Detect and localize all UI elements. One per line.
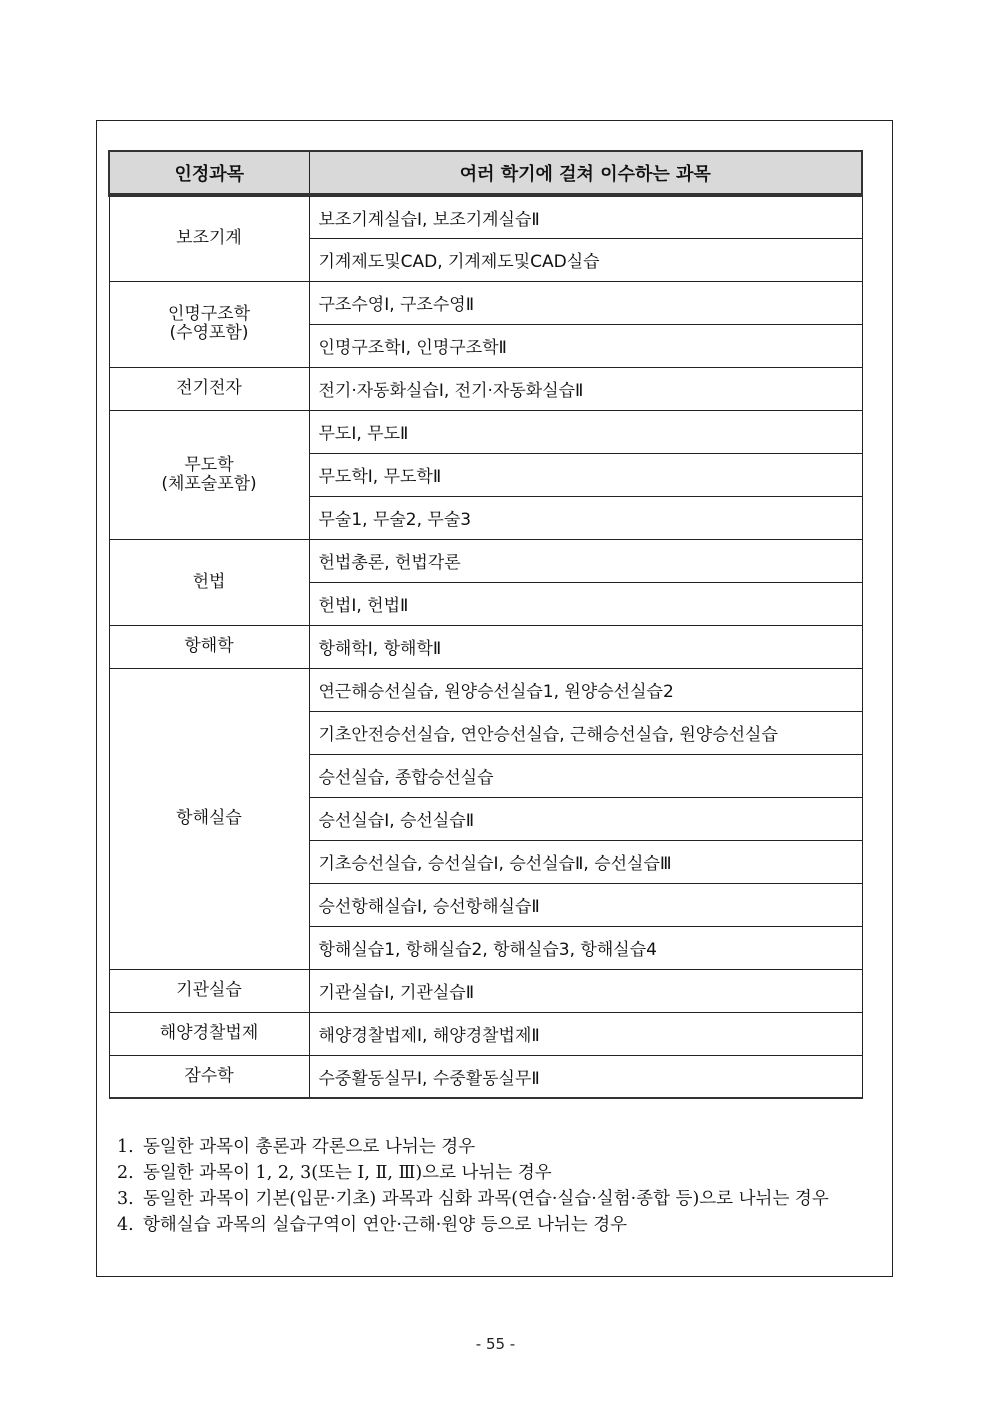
course-item-cell: 항해실습1, 항해실습2, 항해실습3, 항해실습4 [309,926,862,969]
table-header-row: 인정과목 여러 학기에 걸쳐 이수하는 과목 [109,151,862,195]
category-cell: 보조기계 [109,195,309,281]
header-multi-semester-courses: 여러 학기에 걸쳐 이수하는 과목 [309,151,862,195]
course-item-cell: 헌법총론, 헌법각론 [309,539,862,582]
category-cell: 잠수학 [109,1055,309,1098]
note-item: 2.동일한 과목이 1, 2, 3(또는 Ⅰ, Ⅱ, Ⅲ)으로 나뉘는 경우 [117,1160,877,1186]
category-cell: 기관실습 [109,969,309,1012]
table-row: 보조기계보조기계실습Ⅰ, 보조기계실습Ⅱ [109,195,862,238]
category-label: 항해학 [110,637,309,656]
course-item-cell: 인명구조학Ⅰ, 인명구조학Ⅱ [309,324,862,367]
course-item-cell: 보조기계실습Ⅰ, 보조기계실습Ⅱ [309,195,862,238]
table-body: 보조기계보조기계실습Ⅰ, 보조기계실습Ⅱ기계제도및CAD, 기계제도및CAD실습… [109,195,862,1098]
page-number: - 55 - [0,1335,991,1353]
note-text: 동일한 과목이 총론과 각론으로 나뉘는 경우 [143,1134,877,1160]
note-item: 1.동일한 과목이 총론과 각론으로 나뉘는 경우 [117,1134,877,1160]
category-cell: 항해학 [109,625,309,668]
course-item-cell: 기초안전승선실습, 연안승선실습, 근해승선실습, 원양승선실습 [309,711,862,754]
course-item-cell: 기계제도및CAD, 기계제도및CAD실습 [309,238,862,281]
note-number: 2. [117,1160,143,1186]
note-number: 1. [117,1134,143,1160]
category-cell: 해양경찰법제 [109,1012,309,1055]
category-cell: 헌법 [109,539,309,625]
category-label: 잠수학 [110,1067,309,1086]
table-row: 해양경찰법제해양경찰법제Ⅰ, 해양경찰법제Ⅱ [109,1012,862,1055]
course-item-cell: 해양경찰법제Ⅰ, 해양경찰법제Ⅱ [309,1012,862,1055]
course-item-cell: 구조수영Ⅰ, 구조수영Ⅱ [309,281,862,324]
header-recognized-course: 인정과목 [109,151,309,195]
table-row: 전기전자전기·자동화실습Ⅰ, 전기·자동화실습Ⅱ [109,367,862,410]
category-cell: 무도학(체포술포함) [109,410,309,539]
table-row: 기관실습기관실습Ⅰ, 기관실습Ⅱ [109,969,862,1012]
category-label: 무도학 [110,456,309,475]
table-row: 인명구조학(수영포함)구조수영Ⅰ, 구조수영Ⅱ [109,281,862,324]
course-item-cell: 항해학Ⅰ, 항해학Ⅱ [309,625,862,668]
table-row: 항해학항해학Ⅰ, 항해학Ⅱ [109,625,862,668]
note-item: 3.동일한 과목이 기본(입문·기초) 과목과 심화 과목(연습·실습·실험·종… [117,1186,877,1212]
note-text: 동일한 과목이 기본(입문·기초) 과목과 심화 과목(연습·실습·실험·종합 … [143,1186,877,1212]
category-label: 전기전자 [110,379,309,398]
course-item-cell: 무도학Ⅰ, 무도학Ⅱ [309,453,862,496]
note-number: 3. [117,1186,143,1212]
course-item-cell: 기초승선실습, 승선실습Ⅰ, 승선실습Ⅱ, 승선실습Ⅲ [309,840,862,883]
content-frame: 인정과목 여러 학기에 걸쳐 이수하는 과목 보조기계보조기계실습Ⅰ, 보조기계… [96,120,893,1277]
course-item-cell: 헌법Ⅰ, 헌법Ⅱ [309,582,862,625]
note-text: 동일한 과목이 1, 2, 3(또는 Ⅰ, Ⅱ, Ⅲ)으로 나뉘는 경우 [143,1160,877,1186]
table-row: 무도학(체포술포함)무도Ⅰ, 무도Ⅱ [109,410,862,453]
course-item-cell: 기관실습Ⅰ, 기관실습Ⅱ [309,969,862,1012]
note-text: 항해실습 과목의 실습구역이 연안·근해·원양 등으로 나뉘는 경우 [143,1212,877,1238]
course-item-cell: 무술1, 무술2, 무술3 [309,496,862,539]
category-label: 해양경찰법제 [110,1024,309,1043]
course-table: 인정과목 여러 학기에 걸쳐 이수하는 과목 보조기계보조기계실습Ⅰ, 보조기계… [108,150,863,1099]
course-item-cell: 승선실습, 종합승선실습 [309,754,862,797]
category-label: 항해실습 [110,809,309,828]
category-label: 기관실습 [110,981,309,1000]
course-item-cell: 연근해승선실습, 원양승선실습1, 원양승선실습2 [309,668,862,711]
category-label: (수영포함) [110,324,309,343]
category-label: 보조기계 [110,229,309,248]
note-number: 4. [117,1212,143,1238]
course-item-cell: 승선실습Ⅰ, 승선실습Ⅱ [309,797,862,840]
category-cell: 항해실습 [109,668,309,969]
category-label: 인명구조학 [110,305,309,324]
table-row: 헌법헌법총론, 헌법각론 [109,539,862,582]
notes-list: 1.동일한 과목이 총론과 각론으로 나뉘는 경우2.동일한 과목이 1, 2,… [117,1134,877,1238]
note-item: 4.항해실습 과목의 실습구역이 연안·근해·원양 등으로 나뉘는 경우 [117,1212,877,1238]
category-label: (체포술포함) [110,475,309,494]
course-item-cell: 수중활동실무Ⅰ, 수중활동실무Ⅱ [309,1055,862,1098]
category-cell: 전기전자 [109,367,309,410]
category-label: 헌법 [110,573,309,592]
course-item-cell: 승선항해실습Ⅰ, 승선항해실습Ⅱ [309,883,862,926]
course-item-cell: 전기·자동화실습Ⅰ, 전기·자동화실습Ⅱ [309,367,862,410]
category-cell: 인명구조학(수영포함) [109,281,309,367]
table-row: 잠수학수중활동실무Ⅰ, 수중활동실무Ⅱ [109,1055,862,1098]
course-item-cell: 무도Ⅰ, 무도Ⅱ [309,410,862,453]
table-row: 항해실습연근해승선실습, 원양승선실습1, 원양승선실습2 [109,668,862,711]
